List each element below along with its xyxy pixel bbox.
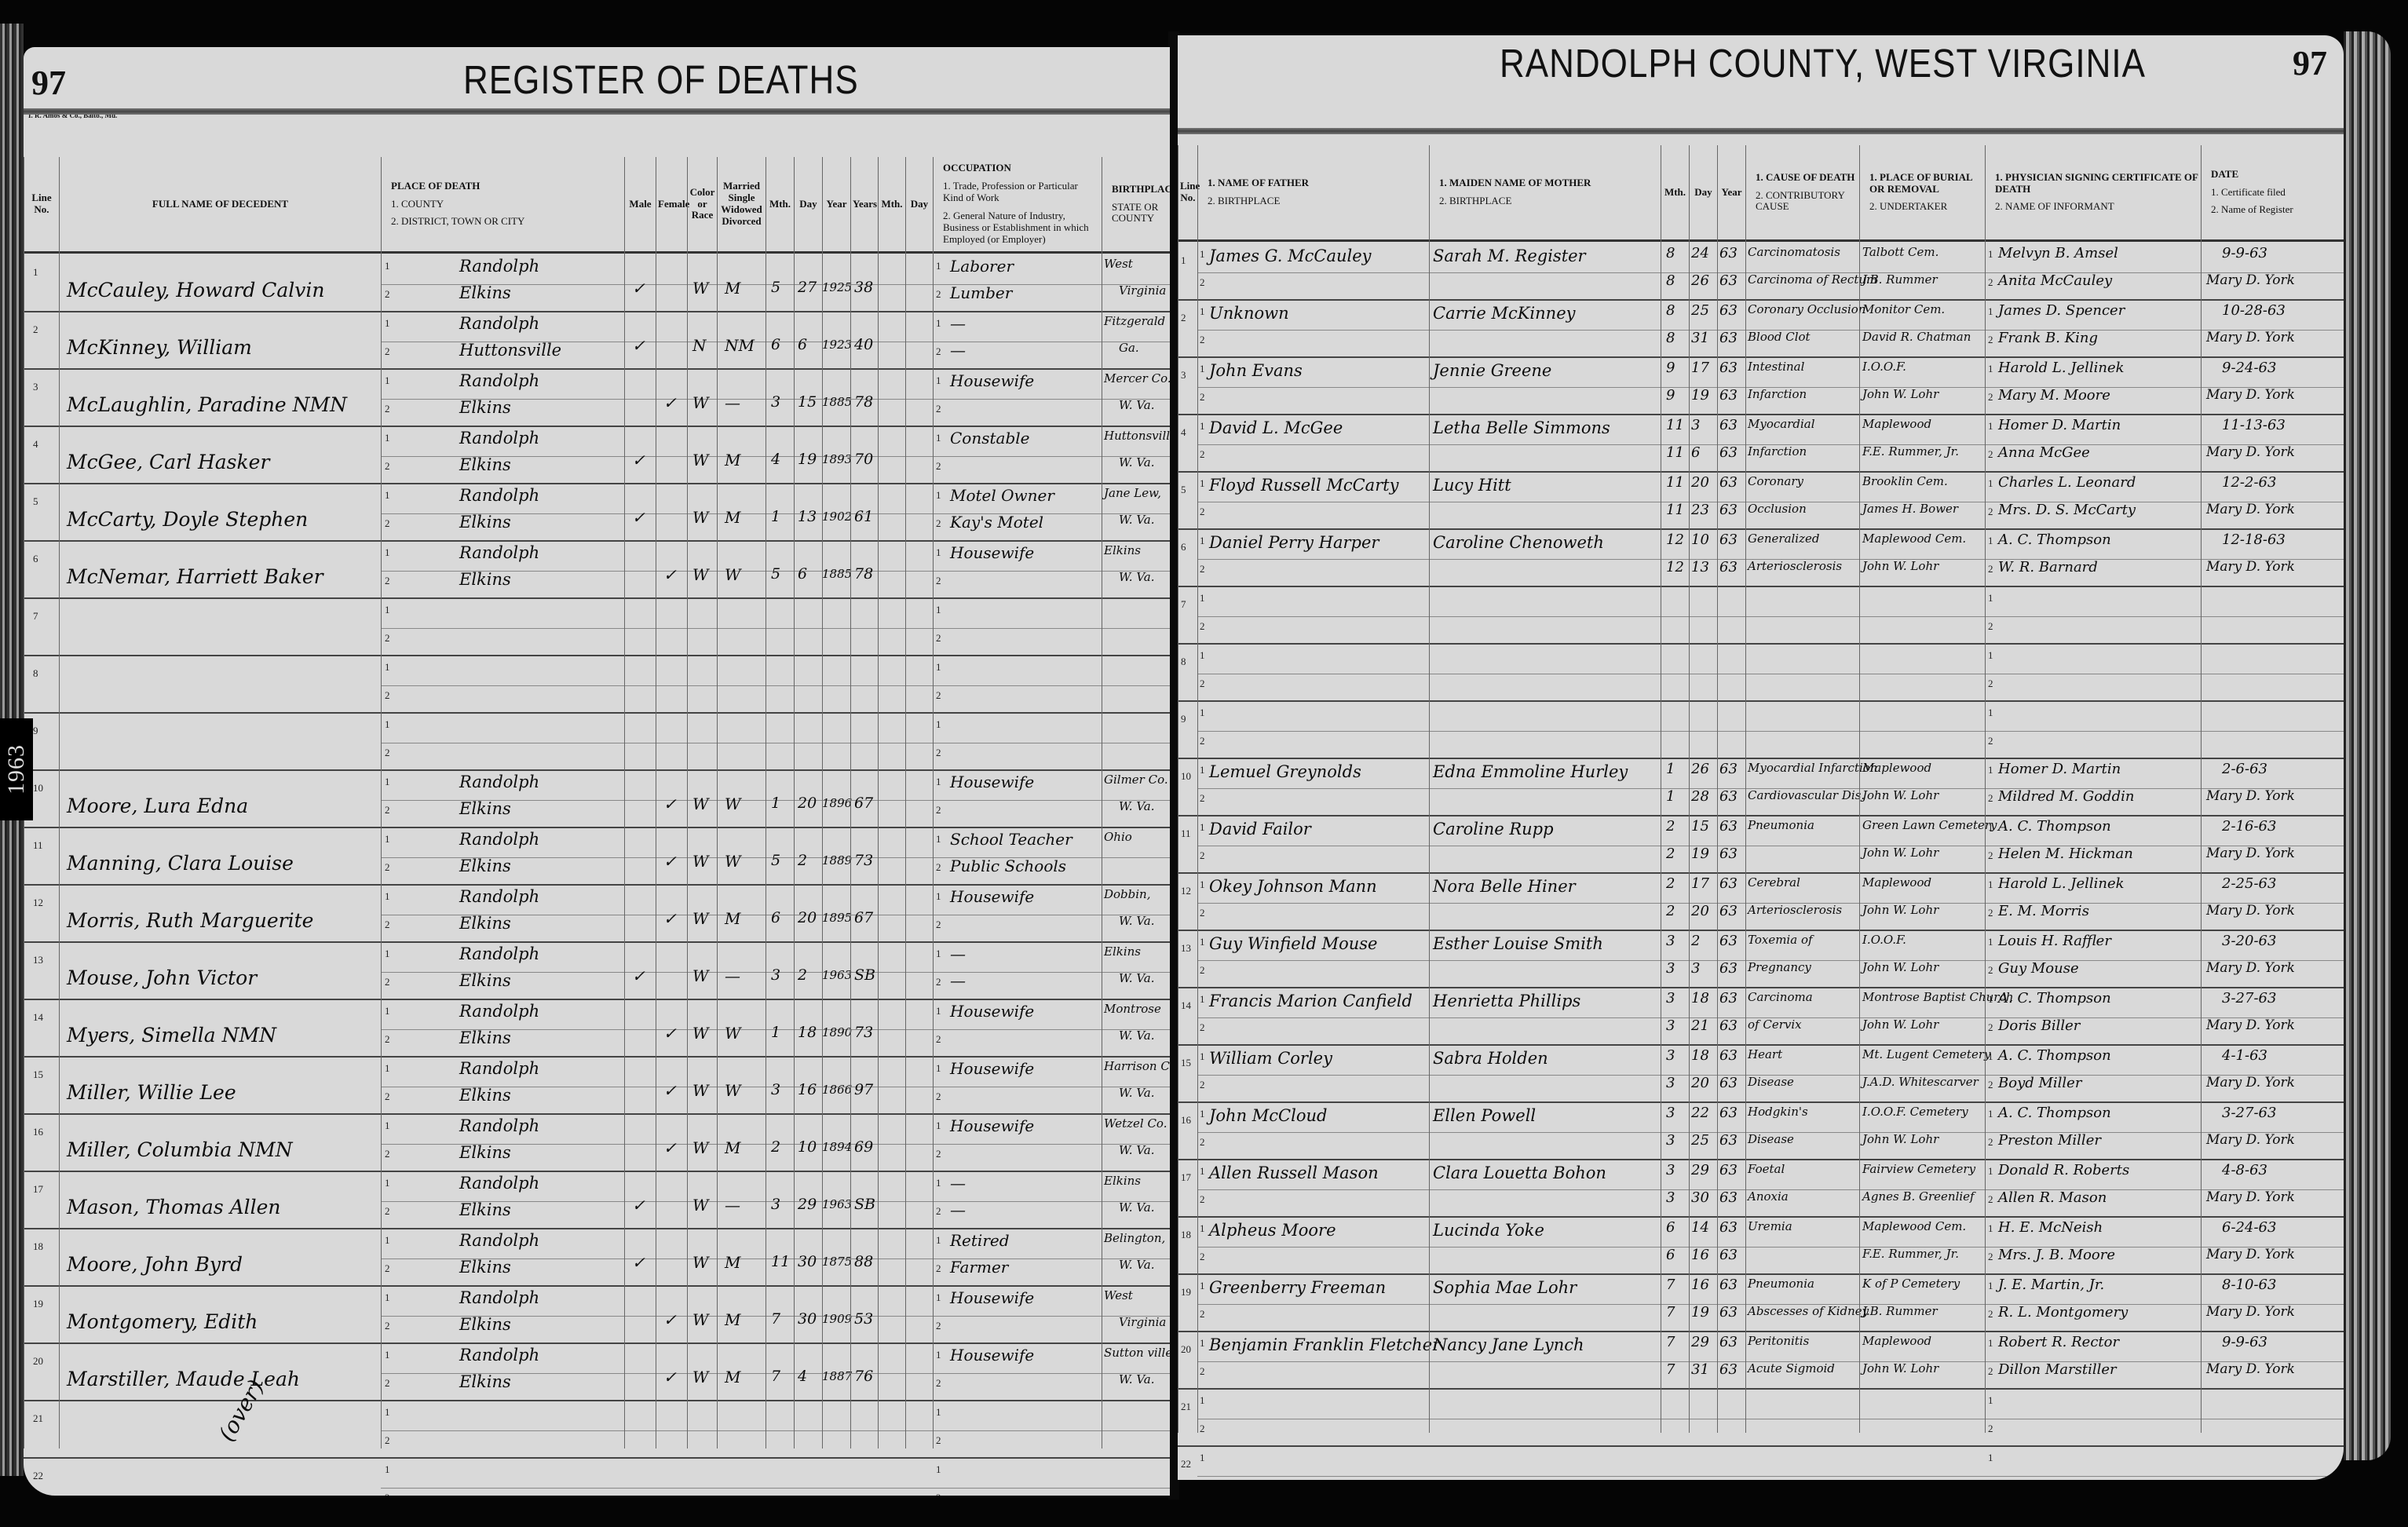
father-name: John Evans	[1209, 361, 1303, 380]
register-row[interactable]: 51212Floyd Russell McCartyLucy Hitt11206…	[1178, 473, 2344, 530]
cause-of-death: Hodgkin's	[1748, 1105, 1808, 1119]
father-name: Daniel Perry Harper	[1209, 533, 1379, 552]
death-month: 11	[1666, 417, 1684, 433]
sub-label: 1	[1200, 936, 1205, 948]
register-row[interactable]: 31212McLaughlin, Paradine NMNRandolphElk…	[24, 370, 1170, 427]
column-header-label: OCCUPATION	[943, 163, 1011, 174]
sex-male-mark: ✓	[632, 279, 645, 298]
burial-place: Brooklin Cem.	[1862, 474, 1948, 488]
line-number: 18	[1181, 1229, 1191, 1241]
sub-label: 2	[936, 976, 941, 988]
industry: —	[950, 971, 966, 990]
undertaker: John W. Lohr	[1862, 903, 1938, 917]
race: W	[692, 909, 709, 928]
birthplace-line1: Dobbin,	[1104, 887, 1151, 901]
death-county: Randolph	[459, 486, 539, 505]
register-row[interactable]: 161212John McCloudEllen Powell3226332563…	[1178, 1103, 2344, 1160]
birthplace-line1: Jane Lew,	[1104, 486, 1161, 500]
father-name: Lemuel Greynolds	[1209, 762, 1361, 781]
birthplace-line1: Elkins	[1104, 543, 1141, 557]
occupation: Housewife	[950, 1116, 1034, 1135]
sub-label: 2	[385, 1492, 390, 1496]
sub-label: 2	[1200, 1251, 1205, 1263]
sub-label: 2	[1988, 448, 1993, 461]
birth-year: 1885	[822, 567, 852, 581]
birth-month: 3	[771, 393, 780, 411]
column-divider	[878, 157, 879, 1448]
informant-name: Preston Miller	[1998, 1132, 2101, 1149]
column-header-sublabel: 1. Certificate filed	[2211, 187, 2286, 199]
sub-label: 2	[385, 1090, 390, 1103]
marital-status: W	[725, 852, 741, 871]
register-row[interactable]: 151212Miller, Willie LeeRandolphElkins✓W…	[24, 1058, 1170, 1115]
burial-day: 20	[1691, 903, 1709, 919]
register-row[interactable]: 201212Marstiller, Maude LeahRandolphElki…	[24, 1344, 1170, 1401]
decedent-name: McGee, Carl Hasker	[67, 451, 269, 473]
cause-of-death: Myocardial Infarction	[1748, 761, 1877, 775]
undertaker: James H. Bower	[1862, 502, 1958, 516]
sub-label: 2	[936, 632, 941, 645]
death-town: Elkins	[459, 283, 511, 302]
burial-year: 63	[1719, 1304, 1737, 1321]
informant-name: Dillon Marstiller	[1998, 1361, 2117, 1378]
cause-of-death: Myocardial	[1748, 417, 1815, 431]
occupation: Housewife	[950, 371, 1034, 390]
burial-day: 19	[1691, 846, 1709, 862]
cause-of-death: Uremia	[1748, 1219, 1792, 1233]
register-row[interactable]: 111212Manning, Clara LouiseRandolphElkin…	[24, 828, 1170, 886]
marital-status: W	[725, 1081, 741, 1100]
informant-name: E. M. Morris	[1998, 903, 2089, 919]
occupation: —	[950, 1174, 966, 1193]
cause-of-death: Generalized	[1748, 532, 1820, 546]
burial-day: 25	[1691, 1132, 1709, 1149]
birth-month: 11	[771, 1253, 790, 1270]
birth-day: 20	[798, 795, 817, 812]
register-row[interactable]: 121212Okey Johnson MannNora Belle Hiner2…	[1178, 874, 2344, 931]
death-county: Randolph	[459, 773, 539, 791]
sub-label: 2	[1200, 334, 1205, 346]
mother-maiden-name: Sophia Mae Lohr	[1433, 1278, 1577, 1297]
column-header: Line No.	[24, 157, 59, 251]
register-row[interactable]: 141212Myers, Simella NMNRandolphElkins✓W…	[24, 1000, 1170, 1058]
age-years: 53	[854, 1310, 873, 1328]
sub-label: 2	[936, 1205, 941, 1218]
line-number: 12	[1181, 885, 1191, 897]
birth-day: 30	[798, 1253, 817, 1270]
column-header: Year	[822, 157, 850, 251]
register-row[interactable]: 171212Mason, Thomas AllenRandolphElkins✓…	[24, 1172, 1170, 1229]
birthplace-line1: Huttonsville	[1104, 429, 1170, 443]
column-header-label: Female	[658, 199, 685, 210]
race: W	[692, 565, 709, 584]
register-row[interactable]: 211212	[24, 1401, 1170, 1459]
line-number: 6	[1181, 541, 1186, 553]
year-tab[interactable]: 1963	[0, 718, 33, 820]
birthplace-line2: W. Va.	[1119, 1258, 1155, 1272]
sub-label: 2	[936, 1377, 941, 1390]
burial-day: 31	[1691, 1361, 1709, 1378]
sub-label: 1	[1200, 1165, 1205, 1178]
physician-name: Robert R. Rector	[1998, 1334, 2119, 1350]
death-day: 2	[1691, 933, 1700, 949]
birthplace-line2: W. Va.	[1119, 1200, 1155, 1215]
sub-label: 2	[1988, 1193, 1993, 1206]
age-years: 67	[854, 909, 873, 926]
line-number: 5	[33, 495, 38, 508]
occupation: Housewife	[950, 1002, 1034, 1021]
cause-of-death: Coronary	[1748, 474, 1803, 488]
column-header: PLACE OF DEATH1. COUNTY2. DISTRICT, TOWN…	[381, 157, 624, 251]
death-county: Randolph	[459, 371, 539, 390]
sub-label: 1	[385, 718, 390, 731]
birth-year: 1894	[822, 1140, 852, 1154]
decedent-name: Miller, Columbia NMN	[67, 1138, 293, 1161]
occupation: Housewife	[950, 1346, 1034, 1364]
column-header: Mth.	[1661, 145, 1689, 239]
register-row[interactable]: 131212Mouse, John VictorRandolphElkins✓W…	[24, 943, 1170, 1000]
register-row[interactable]: 121212Morris, Ruth MargueriteRandolphElk…	[24, 886, 1170, 943]
register-row[interactable]: 21212UnknownCarrie McKinney8256383163Cor…	[1178, 301, 2344, 358]
industry: Public Schools	[950, 857, 1066, 875]
sub-label: 1	[936, 604, 941, 616]
informant-name: Boyd Miller	[1998, 1075, 2081, 1091]
undertaker: F.E. Rummer, Jr.	[1862, 444, 1959, 458]
sub-label: 1	[1200, 248, 1205, 261]
sex-female-mark: ✓	[663, 1368, 677, 1386]
column-header-sublabel: 2. NAME OF INFORMANT	[1995, 201, 2114, 213]
line-number: 19	[1181, 1286, 1191, 1299]
sub-label: 2	[936, 919, 941, 931]
register-row[interactable]: 201212Benjamin Franklin FletcherNancy Ja…	[1178, 1332, 2344, 1390]
line-number: 15	[33, 1069, 43, 1081]
register-row[interactable]: 181212Moore, John ByrdRandolphElkins✓WM1…	[24, 1229, 1170, 1287]
register-row[interactable]: 71212	[1178, 587, 2344, 645]
burial-day: 30	[1691, 1189, 1709, 1206]
certificate-filed-date: 9-24-63	[2222, 360, 2276, 376]
sub-label: 1	[1988, 363, 1993, 375]
marital-status: —	[725, 966, 740, 985]
death-year: 63	[1719, 302, 1737, 319]
birth-month: 5	[771, 279, 780, 296]
age-years: 78	[854, 565, 873, 583]
column-header: 1. PLACE OF BURIAL OR REMOVAL2. UNDERTAK…	[1859, 145, 1985, 239]
death-day: 15	[1691, 818, 1709, 835]
marital-status: W	[725, 565, 741, 584]
father-name: Okey Johnson Mann	[1209, 877, 1377, 896]
sub-label: 1	[936, 718, 941, 731]
column-header-label: Day	[1691, 187, 1716, 199]
register-row[interactable]: 181212Alpheus MooreLucinda Yoke614636166…	[1178, 1218, 2344, 1275]
sub-label: 1	[385, 948, 390, 960]
sub-label: 2	[385, 1434, 390, 1447]
register-row[interactable]: 71212	[24, 599, 1170, 656]
register-row[interactable]: 61212McNemar, Harriett BakerRandolphElki…	[24, 542, 1170, 599]
cause-of-death: Coronary Occlusion	[1748, 302, 1865, 316]
mother-maiden-name: Esther Louise Smith	[1433, 934, 1603, 953]
column-header-sublabel: 2. General Nature of Industry, Business …	[943, 210, 1100, 246]
register-row[interactable]: 151212William CorleySabra Holden31863320…	[1178, 1046, 2344, 1103]
column-header: Year	[1717, 145, 1745, 239]
sub-label: 1	[936, 1177, 941, 1189]
decedent-name: McCauley, Howard Calvin	[67, 279, 325, 301]
burial-day: 13	[1691, 559, 1709, 575]
certificate-filed-date: 8-10-63	[2222, 1277, 2276, 1293]
burial-day: 26	[1691, 272, 1709, 289]
register-row[interactable]: 91212	[24, 714, 1170, 771]
row-subline	[381, 1430, 1170, 1431]
sex-female-mark: ✓	[663, 1024, 677, 1043]
death-month: 11	[1666, 474, 1684, 491]
register-row[interactable]: 31212John EvansJennie Greene9176391963In…	[1178, 358, 2344, 415]
birth-day: 2	[798, 966, 807, 984]
sub-label: 2	[385, 919, 390, 931]
register-row[interactable]: 61212Daniel Perry HarperCaroline Chenowe…	[1178, 530, 2344, 587]
line-number: 10	[33, 782, 43, 795]
line-number: 15	[1181, 1057, 1191, 1069]
sub-label: 2	[1200, 1308, 1205, 1321]
burial-place: Talbott Cem.	[1862, 245, 1938, 259]
row-subline	[381, 1488, 1170, 1489]
sub-label: 1	[1988, 649, 1993, 662]
death-town: Elkins	[459, 398, 511, 417]
register-row[interactable]: 51212McCarty, Doyle StephenRandolphElkin…	[24, 484, 1170, 542]
death-year: 63	[1719, 1162, 1737, 1178]
sub-label: 1	[1988, 1337, 1993, 1350]
register-row[interactable]: 11212McCauley, Howard CalvinRandolphElki…	[24, 255, 1170, 312]
register-row[interactable]: 41212McGee, Carl HaskerRandolphElkins✓WM…	[24, 427, 1170, 484]
sub-label: 2	[936, 1320, 941, 1332]
register-row[interactable]: 161212Miller, Columbia NMNRandolphElkins…	[24, 1115, 1170, 1172]
physician-name: Harold L. Jellinek	[1998, 360, 2125, 376]
register-row[interactable]: 101212Moore, Lura EdnaRandolphElkins✓WW1…	[24, 771, 1170, 828]
cause-of-death: Pneumonia	[1748, 818, 1814, 832]
sub-label: 2	[385, 575, 390, 587]
register-row[interactable]: 21212McKinney, WilliamRandolphHuttonsvil…	[24, 312, 1170, 370]
burial-year: 63	[1719, 960, 1737, 977]
sub-label: 2	[936, 575, 941, 587]
register-row[interactable]: 221212	[24, 1459, 1170, 1496]
race: W	[692, 966, 709, 985]
cause-of-death: Foetal	[1748, 1162, 1785, 1176]
column-header: Female	[656, 157, 687, 251]
sub-label: 1	[385, 374, 390, 387]
mother-maiden-name: Ellen Powell	[1433, 1106, 1536, 1125]
line-number: 5	[1181, 484, 1186, 496]
register-row[interactable]: 211212	[1178, 1390, 2344, 1447]
birthplace-line2: W. Va.	[1119, 1372, 1155, 1386]
burial-month: 11	[1666, 444, 1684, 461]
burial-place: Monitor Cem.	[1862, 302, 1945, 316]
race: W	[692, 1138, 709, 1157]
undertaker: John W. Lohr	[1862, 1361, 1938, 1375]
birth-day: 27	[798, 279, 817, 296]
sub-label: 2	[1200, 678, 1205, 690]
sub-label: 2	[1988, 334, 1993, 346]
burial-day: 19	[1691, 387, 1709, 404]
register-row[interactable]: 111212David FailorCaroline Rupp215632196…	[1178, 816, 2344, 874]
register-row[interactable]: 131212Guy Winfield MouseEsther Louise Sm…	[1178, 931, 2344, 988]
row-subline	[381, 743, 1170, 743]
sub-label: 2	[936, 1090, 941, 1103]
column-divider	[1745, 145, 1746, 1433]
undertaker: David R. Chatman	[1862, 330, 1971, 344]
sub-label: 1	[1988, 592, 1993, 605]
column-header: Married Single Widowed Divorced	[717, 157, 766, 251]
column-divider	[794, 157, 795, 1448]
registrar-name: Mary D. York	[2206, 1361, 2295, 1377]
sub-label: 2	[385, 1033, 390, 1046]
sex-female-mark: ✓	[663, 1081, 677, 1100]
race: W	[692, 508, 709, 527]
column-header: DATE1. Certificate filed2. Name of Regis…	[2201, 145, 2334, 239]
father-name: John McCloud	[1209, 1106, 1327, 1125]
sub-label: 1	[1988, 1394, 1993, 1407]
sub-label: 2	[1200, 506, 1205, 518]
death-day: 22	[1691, 1105, 1709, 1121]
race: W	[692, 1024, 709, 1043]
line-number: 13	[1181, 942, 1191, 955]
physician-name: Melvyn B. Amsel	[1998, 245, 2118, 261]
registrar-name: Mary D. York	[2206, 272, 2295, 288]
death-day: 29	[1691, 1334, 1709, 1350]
birthplace-line1: Elkins	[1104, 944, 1141, 959]
register-row[interactable]: 141212Francis Marion CanfieldHenrietta P…	[1178, 988, 2344, 1046]
occupation: School Teacher	[950, 830, 1072, 849]
occupation: Retired	[950, 1231, 1010, 1250]
decedent-name: McLaughlin, Paradine NMN	[67, 393, 347, 416]
race: W	[692, 1081, 709, 1100]
row-subline	[1197, 616, 2344, 617]
registrar-name: Mary D. York	[2206, 1189, 2295, 1205]
birthplace-line1: Fitzgerald	[1104, 314, 1165, 328]
burial-year: 63	[1719, 846, 1737, 862]
sub-label: 1	[1988, 879, 1993, 891]
sex-male-mark: ✓	[632, 508, 645, 527]
marital-status: NM	[725, 336, 755, 355]
register-row[interactable]: 81212	[1178, 645, 2344, 702]
sub-label: 1	[385, 317, 390, 330]
sub-label: 2	[936, 747, 941, 759]
certificate-filed-date: 2-6-63	[2222, 761, 2267, 777]
sub-label: 1	[1988, 535, 1993, 547]
register-row[interactable]: 191212Montgomery, EdithRandolphElkins✓WM…	[24, 1287, 1170, 1344]
burial-year: 63	[1719, 1189, 1737, 1206]
line-number: 7	[1181, 598, 1186, 611]
sub-label: 1	[385, 1463, 390, 1476]
cause-of-death: Toxemia of	[1748, 933, 1813, 947]
sub-label: 1	[1200, 1280, 1205, 1292]
column-header: Male	[624, 157, 656, 251]
death-day: 26	[1691, 761, 1709, 777]
column-header-label: Mth.	[768, 199, 792, 210]
death-town: Huttonsville	[459, 341, 561, 360]
birth-day: 29	[798, 1196, 817, 1213]
column-header-sublabel: 1. COUNTY	[391, 199, 444, 210]
register-row[interactable]: 41212David L. McGeeLetha Belle Simmons11…	[1178, 415, 2344, 473]
sex-female-mark: ✓	[663, 909, 677, 928]
sub-label: 2	[1988, 678, 1993, 690]
line-number: 11	[33, 839, 43, 852]
death-month: 1	[1666, 761, 1675, 777]
sub-label: 1	[385, 1062, 390, 1075]
column-header-label: 1. NAME OF FATHER	[1208, 177, 1309, 189]
register-row[interactable]: 91212	[1178, 702, 2344, 759]
register-row[interactable]: 81212	[24, 656, 1170, 714]
sex-female-mark: ✓	[663, 1310, 677, 1329]
register-row[interactable]: 11212James G. McCauleySarah M. Register8…	[1178, 243, 2344, 301]
birthplace-line1: Montrose	[1104, 1002, 1161, 1016]
sub-label: 1	[1200, 420, 1205, 433]
physician-name: Homer D. Martin	[1998, 761, 2121, 777]
contributory-cause: Arteriosclerosis	[1748, 903, 1842, 917]
line-number: 1	[1181, 254, 1186, 267]
death-day: 3	[1691, 417, 1700, 433]
father-name: Guy Winfield Mouse	[1209, 934, 1377, 953]
column-header-label: 1. CAUSE OF DEATH	[1756, 172, 1854, 184]
marital-status: M	[725, 1368, 740, 1386]
column-divider	[850, 157, 851, 1448]
sub-label: 1	[936, 489, 941, 502]
row-subline	[1197, 731, 2344, 732]
sub-label: 1	[1200, 477, 1205, 490]
register-row[interactable]: 221212	[1178, 1447, 2344, 1480]
sub-label: 2	[936, 345, 941, 358]
registrar-name: Mary D. York	[2206, 1247, 2295, 1262]
sub-label: 2	[1200, 1079, 1205, 1091]
sub-label: 2	[1988, 1079, 1993, 1091]
register-row[interactable]: 191212Greenberry FreemanSophia Mae Lohr7…	[1178, 1275, 2344, 1332]
sub-label: 2	[936, 288, 941, 301]
burial-place: Maplewood	[1862, 1334, 1931, 1348]
occupation: Housewife	[950, 887, 1034, 906]
column-header-label: Color or Race	[689, 187, 715, 222]
sex-female-mark: ✓	[663, 565, 677, 584]
birth-month: 4	[771, 451, 780, 468]
contributory-cause: Disease	[1748, 1075, 1794, 1089]
row-subline	[1197, 1247, 2344, 1248]
column-header: OCCUPATION1. Trade, Profession or Partic…	[933, 157, 1102, 251]
sub-label: 2	[1988, 907, 1993, 919]
father-name: Unknown	[1209, 304, 1289, 323]
death-year: 63	[1719, 875, 1737, 892]
sub-label: 2	[1200, 391, 1205, 404]
birth-day: 15	[798, 393, 817, 411]
register-row[interactable]: 101212Lemuel GreynoldsEdna Emmoline Hurl…	[1178, 759, 2344, 816]
burial-year: 63	[1719, 903, 1737, 919]
sub-label: 2	[1988, 1365, 1993, 1378]
age-years: 61	[854, 508, 873, 525]
sex-female-mark: ✓	[663, 852, 677, 871]
sub-label: 1	[936, 317, 941, 330]
right-column-headers: Line No.1. NAME OF FATHER2. BIRTHPLACE1.…	[1178, 145, 2344, 242]
column-header: 1. NAME OF FATHER2. BIRTHPLACE	[1197, 145, 1429, 239]
father-name: Alpheus Moore	[1209, 1221, 1336, 1240]
birthplace-line1: Harrison Co.	[1104, 1059, 1170, 1073]
death-county: Randolph	[459, 1288, 539, 1307]
sub-label: 2	[1988, 964, 1993, 977]
sub-label: 2	[385, 861, 390, 874]
sub-label: 1	[385, 833, 390, 846]
physician-name: Harold L. Jellinek	[1998, 875, 2125, 892]
birth-month: 7	[771, 1310, 780, 1328]
registrar-name: Mary D. York	[2206, 960, 2295, 976]
race: W	[692, 1310, 709, 1329]
register-row[interactable]: 171212Allen Russell MasonClara Louetta B…	[1178, 1160, 2344, 1218]
sub-label: 2	[385, 976, 390, 988]
column-header-label: Day	[908, 199, 931, 210]
death-month: 8	[1666, 302, 1675, 319]
